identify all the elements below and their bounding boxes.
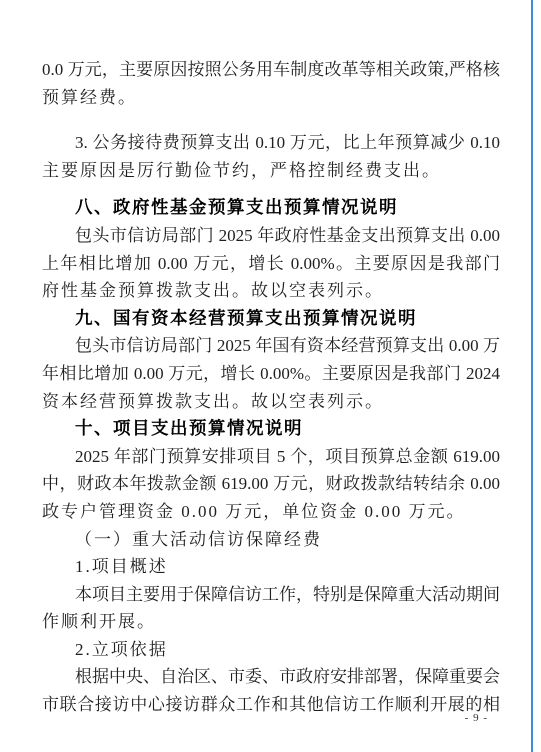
text-line: 本项目主要用于保障信访工作，特别是保障重大活动期间信访工 xyxy=(42,581,500,609)
text-line: 包头市信访局部门 2025 年国有资本经营预算支出 0.00 万元。与上 xyxy=(42,332,500,360)
text-line: 2025 年部门预算安排项目 5 个，项目预算总金额 619.00 万元。其 xyxy=(42,443,500,471)
text-line: 2.立项依据 xyxy=(42,636,500,664)
section-heading: 九、国有资本经营预算支出预算情况说明 xyxy=(42,305,500,333)
document-body: 0.0 万元，主要原因按照公务用车制度改革等相关政策,严格核定公车 预算经费。 … xyxy=(42,56,500,719)
text-line: 预算经费。 xyxy=(42,84,500,112)
text-line: 年相比增加 0.00 万元，增长 0.00%。主要原因是我部门 2024 年无国… xyxy=(42,360,500,388)
text-line: 包头市信访局部门 2025 年政府性基金支出预算支出 0.00 万元。与 xyxy=(42,222,500,250)
text-line: 政专户管理资金 0.00 万元，单位资金 0.00 万元。 xyxy=(42,498,500,526)
text-line: 资本经营预算拨款支出。故以空表列示。 xyxy=(42,388,500,416)
text-line: 1.项目概述 xyxy=(42,553,500,581)
sub-heading: （一）重大活动信访保障经费 xyxy=(42,526,500,554)
page-edge-accent-line xyxy=(531,0,533,752)
text-line: 0.0 万元，主要原因按照公务用车制度改革等相关政策,严格核定公车 xyxy=(42,56,500,84)
page-number: - 9 - xyxy=(465,712,488,724)
text-line: 3. 公务接待费预算支出 0.10 万元，比上年预算减少 0.10 万元， xyxy=(42,129,500,157)
text-line: 府性基金预算拨款支出。故以空表列示。 xyxy=(42,277,500,305)
text-line: 上年相比增加 0.00 万元，增长 0.00%。主要原因是我部门 2024 年无… xyxy=(42,250,500,278)
section-heading: 八、政府性基金预算支出预算情况说明 xyxy=(42,194,500,222)
document-page: 0.0 万元，主要原因按照公务用车制度改革等相关政策,严格核定公车 预算经费。 … xyxy=(0,0,541,752)
text-line: 主要原因是厉行勤俭节约，严格控制经费支出。 xyxy=(42,157,500,185)
text-line: 根据中央、自治区、市委、市政府安排部署，保障重要会议期间、 xyxy=(42,663,500,691)
text-line: 作顺利开展。 xyxy=(42,608,500,636)
text-line: 中，财政本年拨款金额 619.00 万元，财政拨款结转结余 0.00 万元，财 xyxy=(42,470,500,498)
section-heading: 十、项目支出预算情况说明 xyxy=(42,415,500,443)
text-line: 市联合接访中心接访群众工作和其他信访工作顺利开展的相关经费支 xyxy=(42,691,500,719)
